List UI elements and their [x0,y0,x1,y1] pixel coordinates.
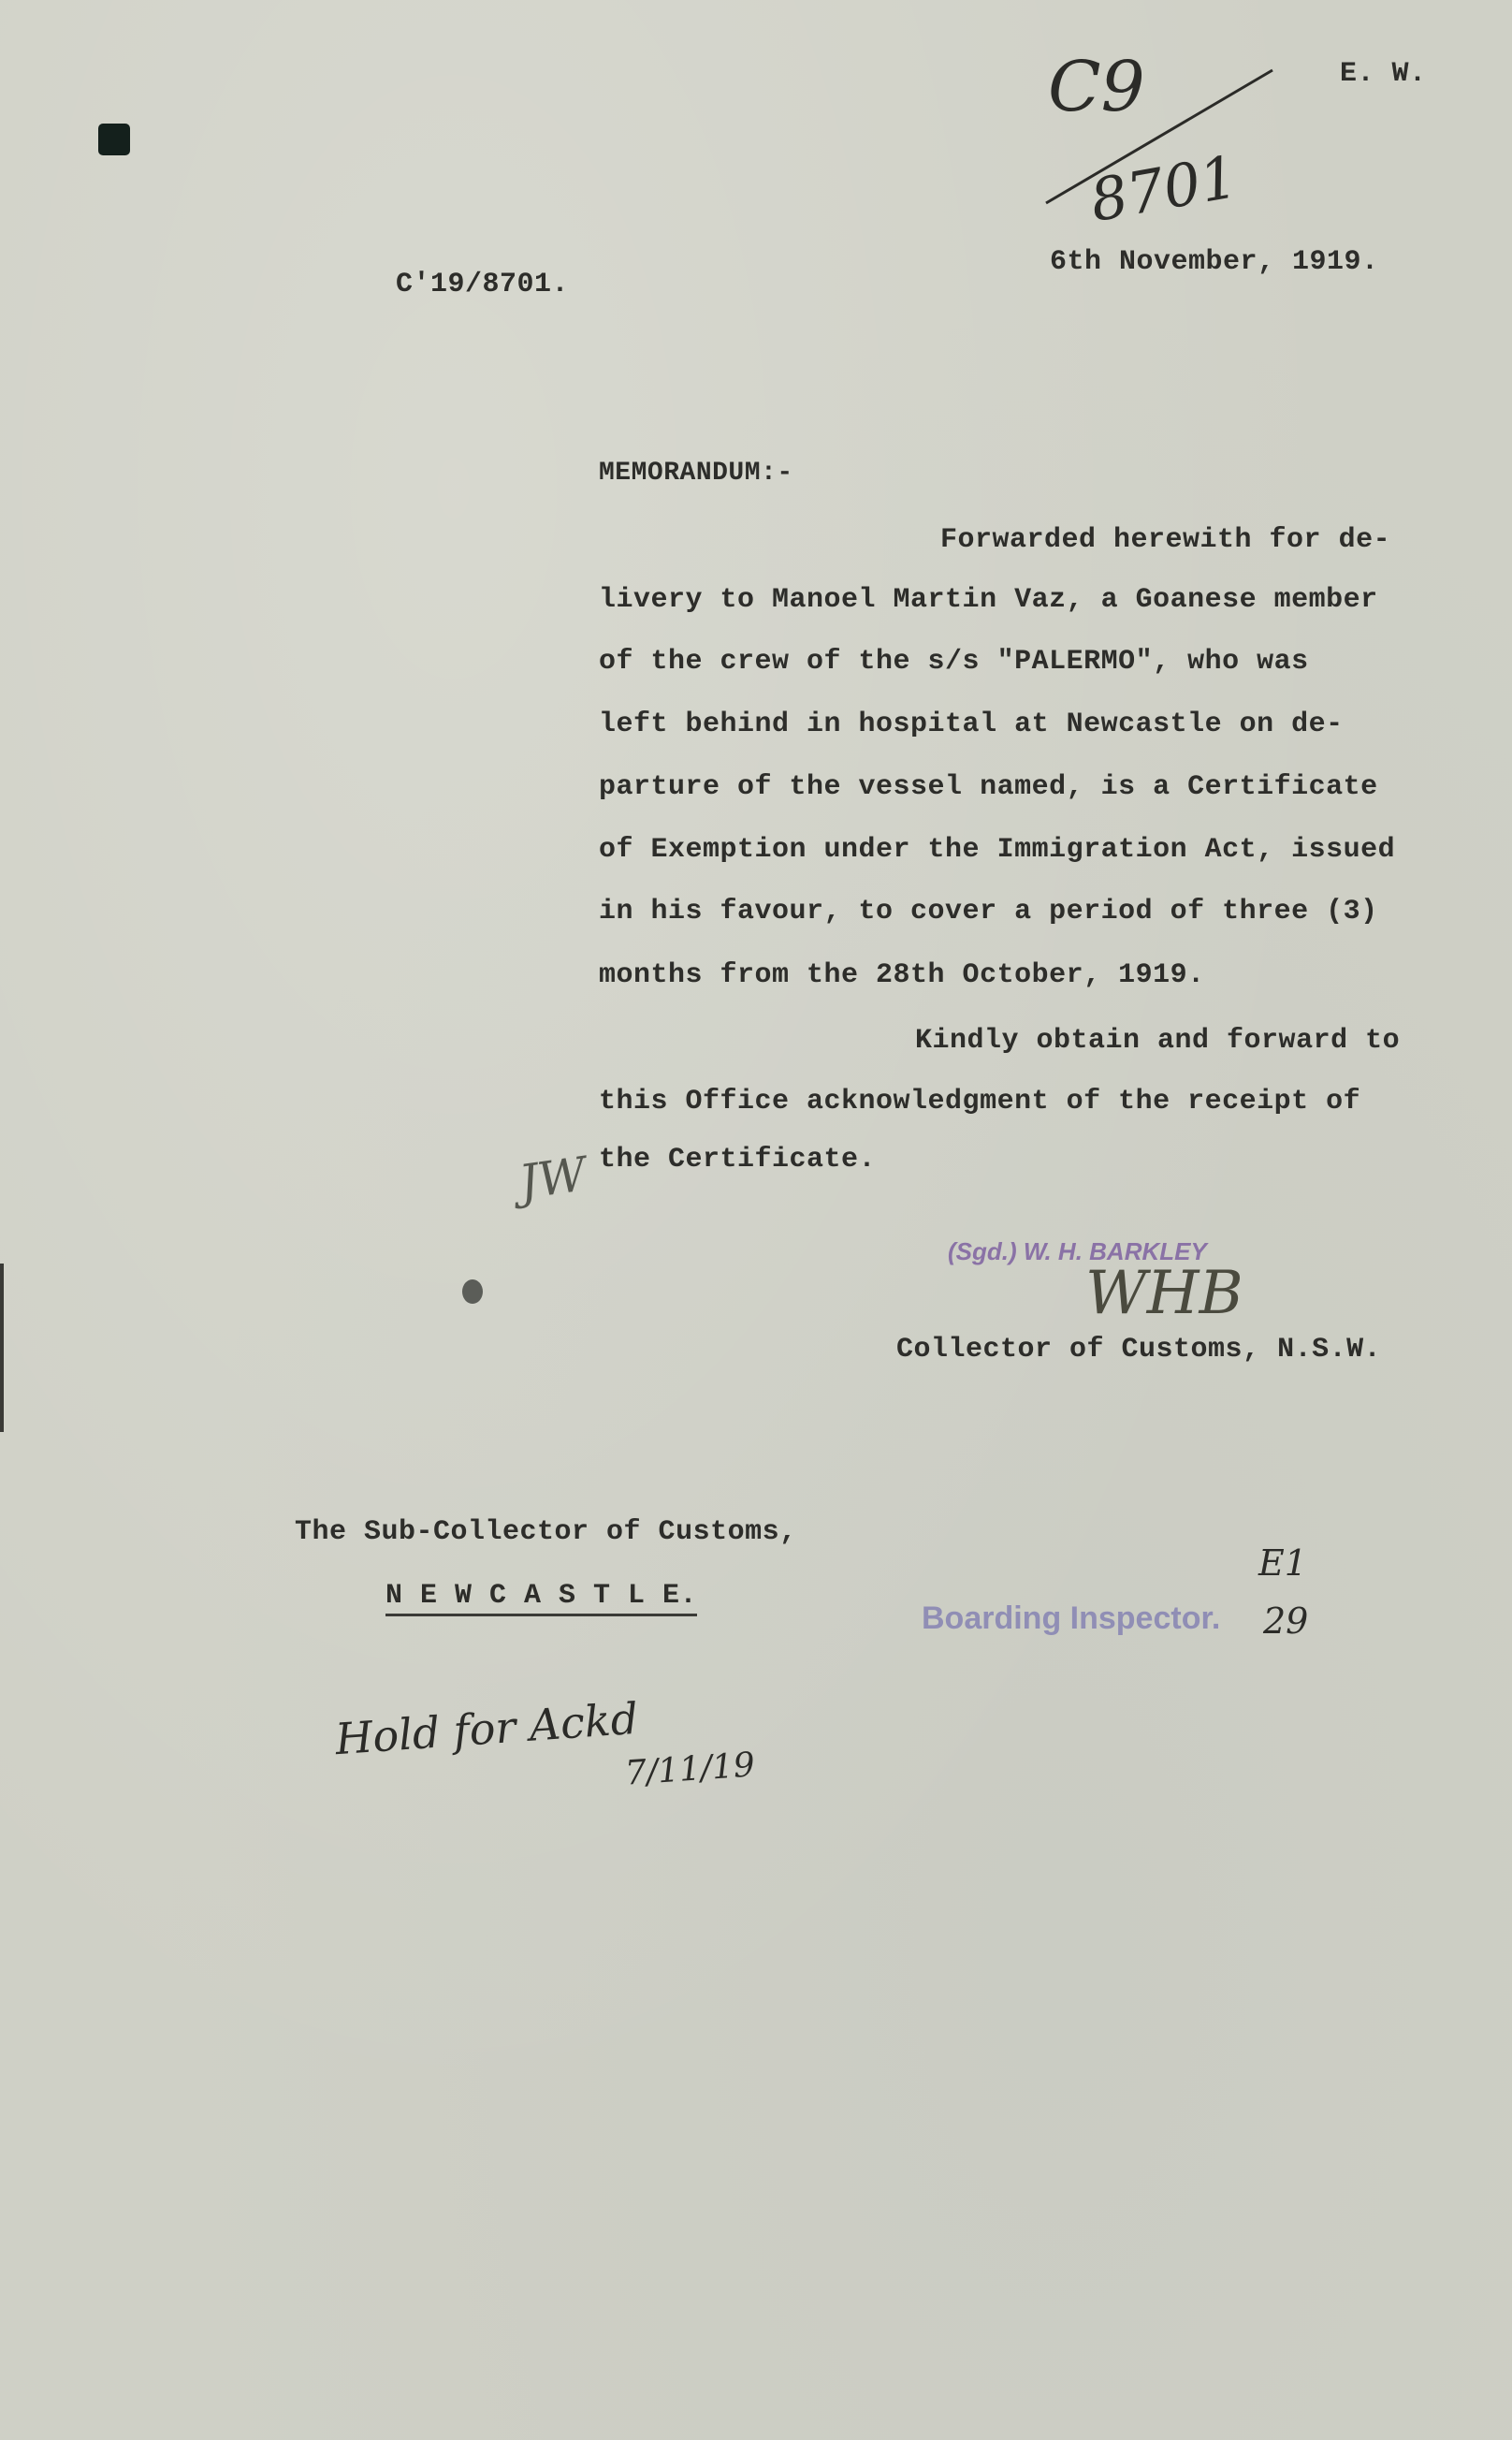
punch-hole-mark [98,124,130,155]
handwritten-note-date: 7/11/19 [624,1746,756,1793]
page-edge-shadow [0,1264,4,1432]
body-line: livery to Manoel Martin Vaz, a Goanese m… [599,584,1378,616]
signatory-title: Collector of Customs, N.S.W. [896,1334,1381,1366]
addressee-line2: N E W C A S T L E. [385,1580,697,1616]
body-line: of Exemption under the Immigration Act, … [599,834,1395,866]
initials-top-right: E. W. [1340,58,1427,90]
body-line: Forwarded herewith for de- [940,524,1390,556]
memorandum-heading: MEMORANDUM:- [599,459,793,488]
addressee-line1: The Sub-Collector of Customs, [295,1516,797,1548]
body-line: this Office acknowledgment of the receip… [599,1086,1360,1118]
body-line: the Certificate. [599,1144,876,1176]
stamp-annotation-bottom: 29 [1263,1600,1308,1642]
body-line: months from the 28th October, 1919. [599,959,1205,991]
body-line: left behind in hospital at Newcastle on … [599,709,1344,740]
body-line: parture of the vessel named, is a Certif… [599,771,1378,803]
body-line: of the crew of the s/s "PALERMO", who wa… [599,646,1309,678]
body-line: Kindly obtain and forward to [915,1025,1400,1057]
boarding-inspector-stamp: Boarding Inspector. [922,1600,1220,1637]
file-reference: C'19/8701. [396,269,569,300]
document-date: 6th November, 1919. [1050,246,1379,278]
ink-dot [462,1279,483,1304]
body-line: in his favour, to cover a period of thre… [599,896,1378,928]
stamp-annotation-top: E1 [1258,1542,1307,1584]
handwritten-note: Hold for Ackd [334,1693,640,1764]
handwritten-signature: WHB [1085,1259,1243,1328]
margin-initials: JW [516,1147,589,1209]
